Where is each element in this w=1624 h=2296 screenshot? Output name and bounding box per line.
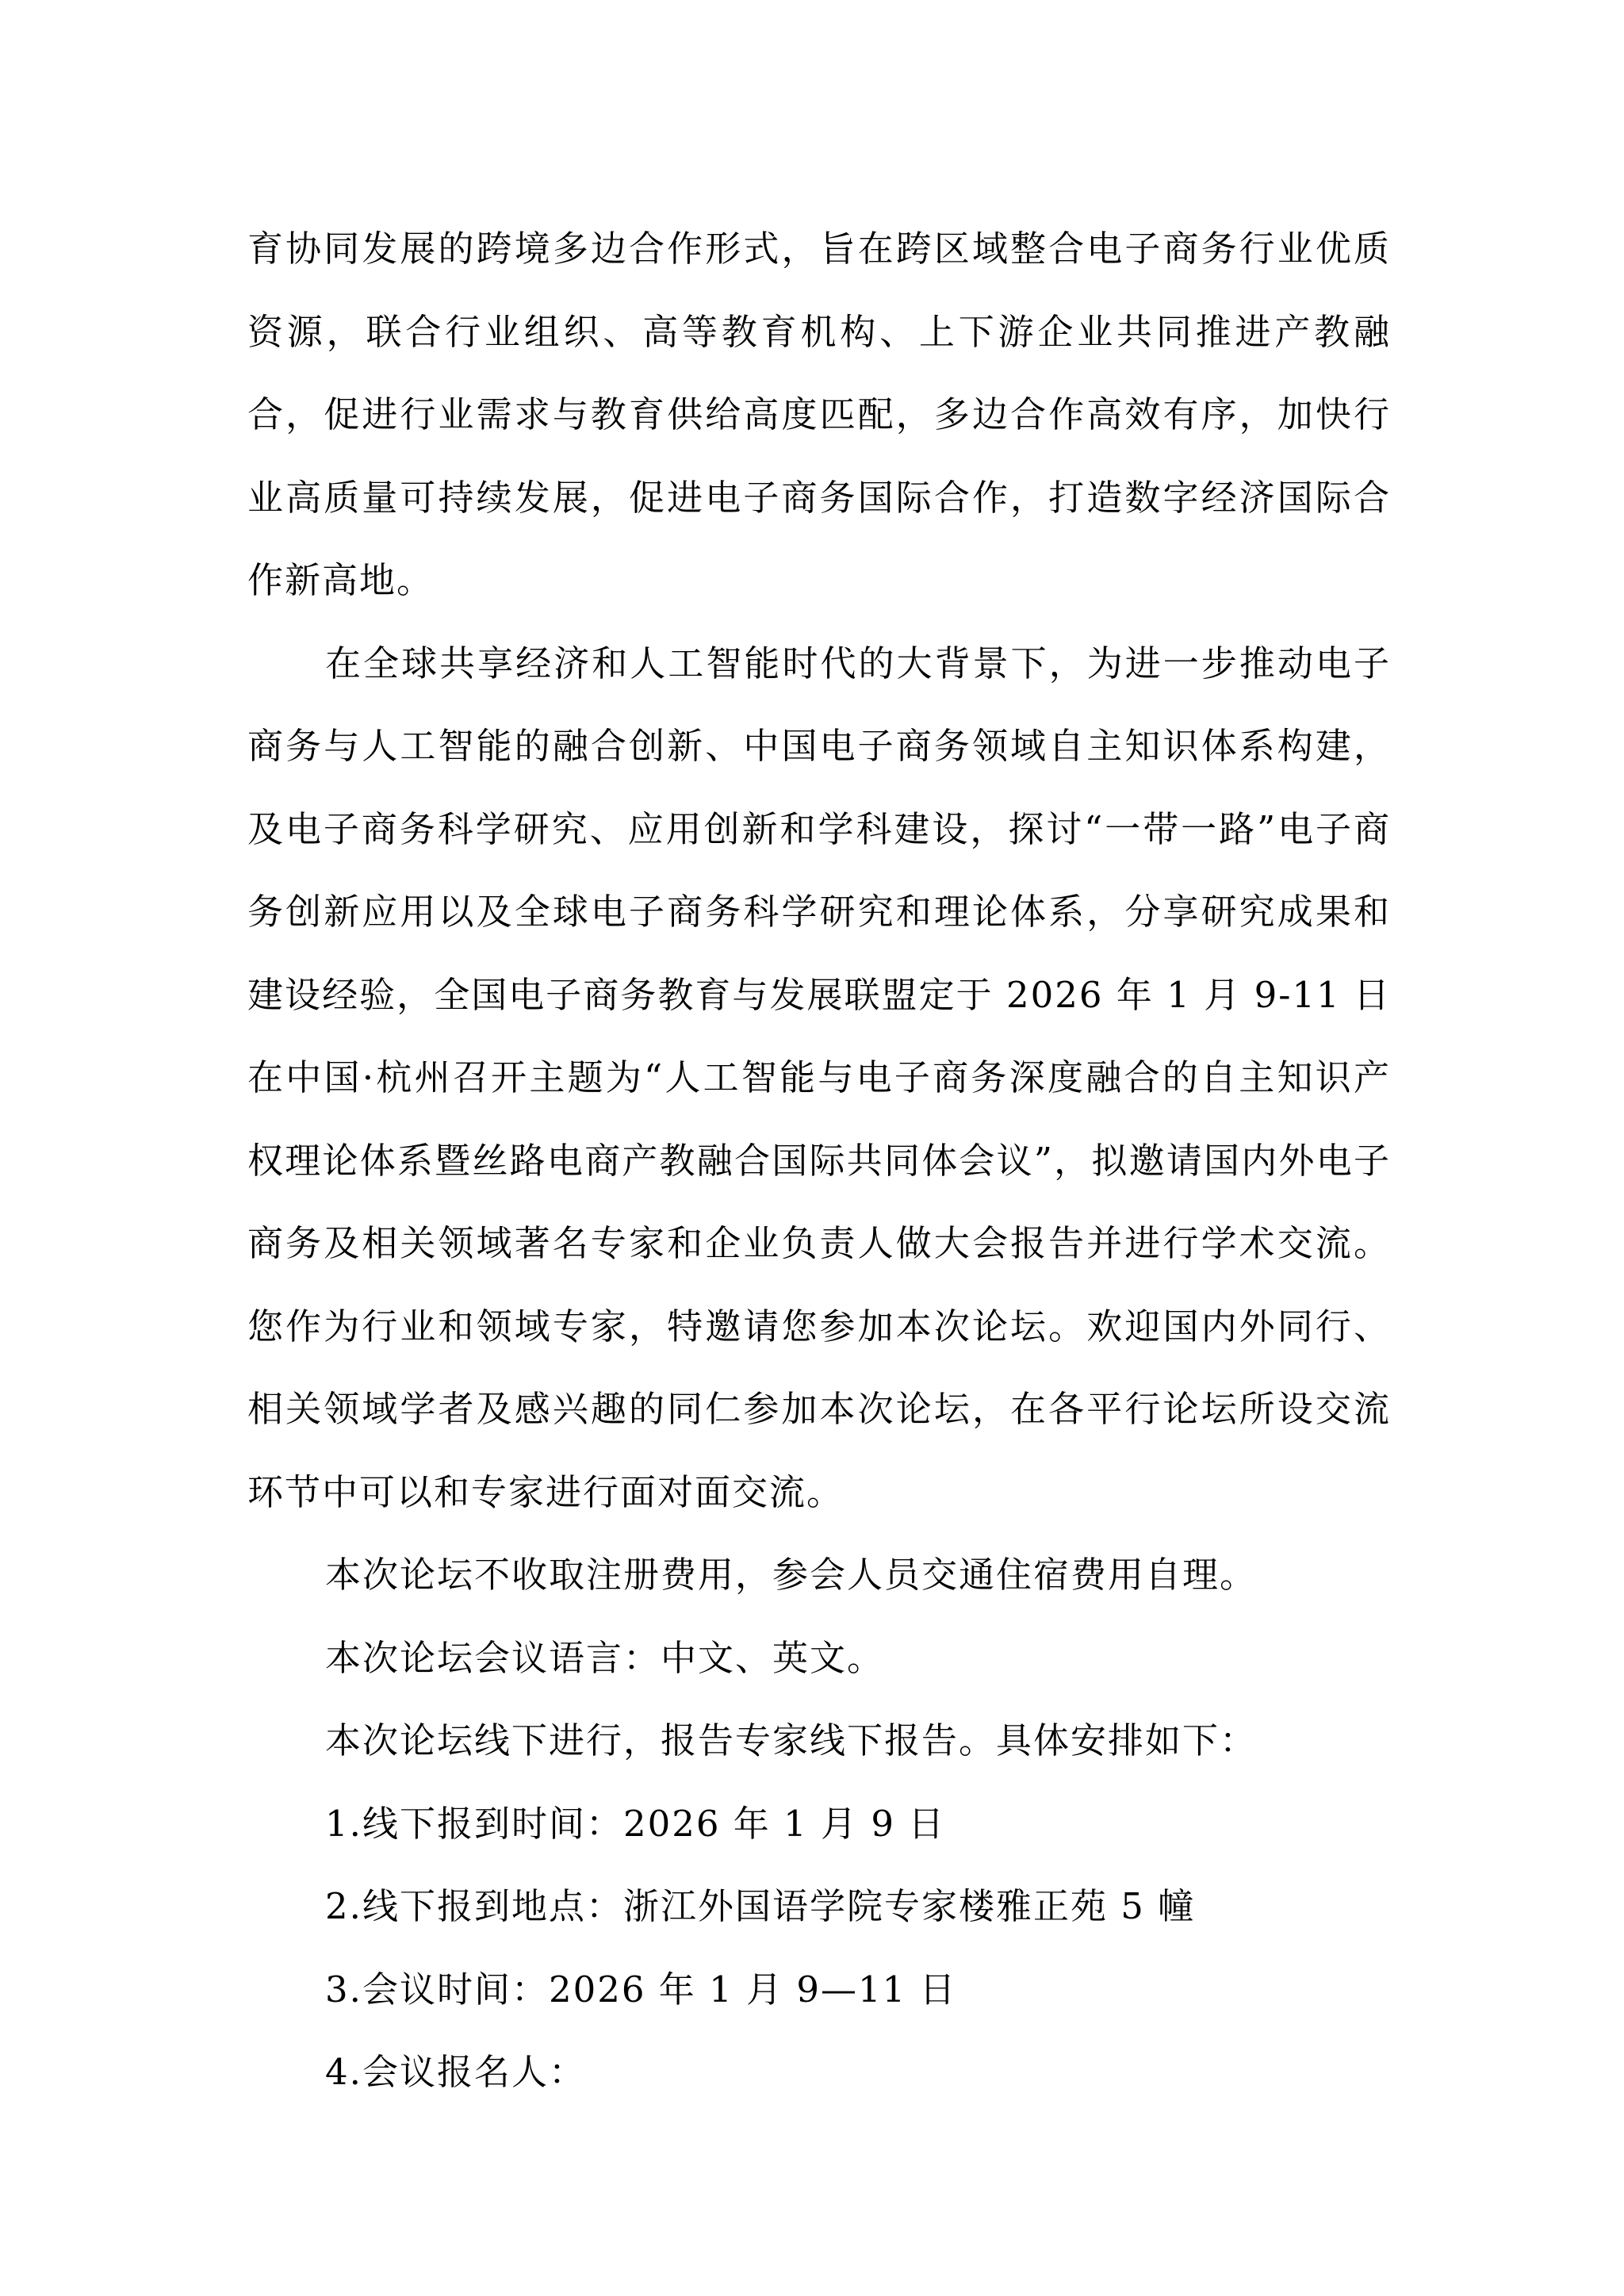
schedule-item-conference-time: 3.会议时间：2026 年 1 月 9—11 日 [247,1949,1391,2032]
paragraph-conference-invitation: 在全球共享经济和人工智能时代的大背景下，为进一步推动电子商务与人工智能的融合创新… [247,623,1391,1535]
item-value: 2026 年 1 月 9—11 日 [549,1968,957,2010]
paragraph-registration-fee: 本次论坛不收取注册费用，参会人员交通住宿费用自理。 [247,1534,1391,1617]
item-value: 浙江外国语学院专家楼雅正苑 5 幢 [623,1885,1195,1927]
paragraph-conference-language: 本次论坛会议语言：中文、英文。 [247,1617,1391,1700]
item-label: 线下报到地点： [362,1885,623,1927]
item-label: 会议报名人： [362,2051,586,2093]
paragraph-arrangement-intro: 本次论坛线下进行，报告专家线下报告。具体安排如下： [247,1700,1391,1783]
item-number: 2. [325,1885,362,1927]
schedule-item-registrant: 4.会议报名人： [247,2031,1391,2114]
document-page: 育协同发展的跨境多边合作形式，旨在跨区域整合电子商务行业优质资源，联合行业组织、… [0,0,1624,2296]
item-number: 3. [325,1968,362,2010]
schedule-item-checkin-location: 2.线下报到地点：浙江外国语学院专家楼雅正苑 5 幢 [247,1865,1391,1949]
item-number: 4. [325,2051,362,2093]
schedule-item-checkin-time: 1.线下报到时间：2026 年 1 月 9 日 [247,1783,1391,1866]
item-label: 会议时间： [362,1968,549,2010]
item-label: 线下报到时间： [362,1803,623,1845]
paragraph-cooperation-intro: 育协同发展的跨境多边合作形式，旨在跨区域整合电子商务行业优质资源，联合行业组织、… [247,208,1391,623]
document-body: 育协同发展的跨境多边合作形式，旨在跨区域整合电子商务行业优质资源，联合行业组织、… [247,208,1391,2114]
item-number: 1. [325,1803,362,1845]
item-value: 2026 年 1 月 9 日 [623,1803,945,1845]
